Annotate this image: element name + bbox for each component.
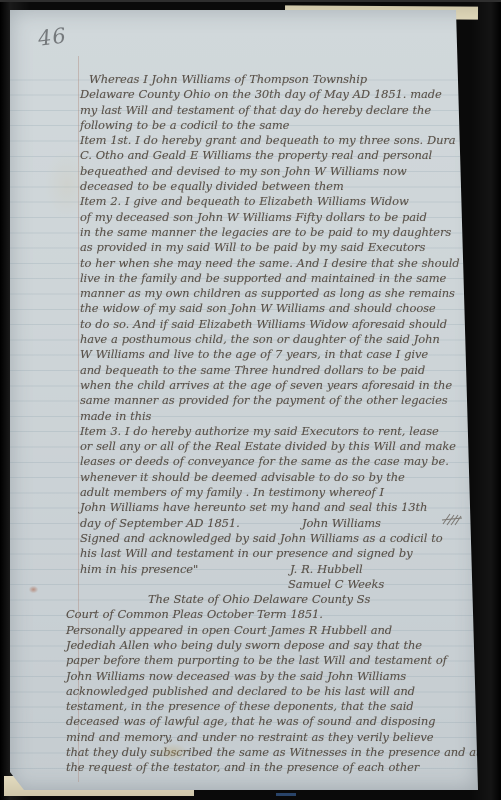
manuscript-line-part: day of September AD 1851.	[80, 516, 240, 531]
manuscript-line-part: Samuel C Weeks	[288, 577, 384, 592]
manuscript-line: Whereas I John Williams of Thompson Town…	[80, 72, 482, 87]
manuscript-line: paper before them purporting to be the l…	[66, 653, 482, 668]
stain-mark	[29, 586, 38, 593]
manuscript-line: following to be a codicil to the same	[80, 118, 482, 133]
manuscript-line: W Williams and live to the age of 7 year…	[80, 347, 482, 362]
manuscript-line: as provided in my said Will to be paid b…	[80, 240, 482, 255]
manuscript-line: same manner as provided for the payment …	[80, 393, 482, 408]
manuscript-line: Item 3. I do hereby authorize my said Ex…	[80, 424, 482, 439]
manuscript-line-part: The State of Ohio Delaware County Ss	[148, 592, 370, 607]
manuscript-line: Jedediah Allen who being duly sworn depo…	[66, 638, 482, 653]
manuscript-line: deceased was of lawful age, that he was …	[66, 714, 482, 729]
manuscript-line: C. Otho and Geald E Williams the propert…	[80, 148, 482, 163]
page-number: 46	[37, 23, 68, 50]
manuscript-line: made in this	[80, 409, 482, 424]
manuscript-line: to her when she may need the same. And I…	[80, 256, 482, 271]
manuscript-line-part: him in his presence"	[80, 562, 198, 577]
manuscript-line: Samuel C Weeks	[80, 577, 482, 592]
manuscript-line: John Williams have hereunto set my hand …	[80, 500, 482, 515]
manuscript-line: Personally appeared in open Court James …	[66, 623, 482, 638]
manuscript-line: Item 2. I give and bequeath to Elizabeth…	[80, 194, 482, 209]
manuscript-line-part: J. R. Hubbell	[290, 562, 363, 577]
manuscript-line: The State of Ohio Delaware County Ss	[80, 592, 482, 607]
manuscript-line: Signed and acknowledged by said John Wil…	[80, 531, 482, 546]
manuscript-line: mind and memory, and under no restraint …	[66, 730, 482, 745]
seal-mark-icon	[441, 512, 463, 527]
manuscript-line: have a posthumous child, the son or daug…	[80, 332, 482, 347]
manuscript-line: that they duly subscribed the same as Wi…	[66, 745, 482, 760]
manuscript-line: to do so. And if said Elizabeth Williams…	[80, 317, 482, 332]
manuscript-line: Delaware County Ohio on the 30th day of …	[80, 87, 482, 102]
manuscript-line: manner as my own children as supported a…	[80, 286, 482, 301]
manuscript-line: day of September AD 1851.John Williams	[80, 516, 482, 531]
manuscript-line: in the same manner the legacies are to b…	[80, 225, 482, 240]
manuscript-line: bequeathed and devised to my son John W …	[80, 164, 482, 179]
manuscript-line: or sell any or all of the Real Estate di…	[80, 439, 482, 454]
manuscript-line: acknowledged published and declared to b…	[66, 684, 482, 699]
ledger-page: 46 Whereas I John Williams of Thompson T…	[10, 10, 478, 790]
manuscript-line: and bequeath to the same Three hundred d…	[80, 363, 482, 378]
manuscript-line: the request of the testator, and in the …	[66, 760, 482, 775]
manuscript-line: leases or deeds of conveyance for the sa…	[80, 454, 482, 469]
photo-artifact	[276, 793, 296, 796]
photo-backdrop: 46 Whereas I John Williams of Thompson T…	[0, 0, 501, 800]
manuscript-line: of my deceased son John W Williams Fifty…	[80, 210, 482, 225]
manuscript-line: my last Will and testament of that day d…	[80, 103, 482, 118]
manuscript-line: him in his presence"J. R. Hubbell	[80, 562, 482, 577]
manuscript-line: his last Will and testament in our prese…	[80, 546, 482, 561]
manuscript-line: when the child arrives at the age of sev…	[80, 378, 482, 393]
manuscript-line: testament, in the presence of these depo…	[66, 699, 482, 714]
manuscript-lines: Whereas I John Williams of Thompson Town…	[80, 72, 482, 776]
manuscript-line-part: John Williams	[302, 516, 381, 531]
manuscript-line: John Williams now deceased was by the sa…	[66, 669, 482, 684]
manuscript-line: whenever it should be deemed advisable t…	[80, 470, 482, 485]
manuscript-line: live in the family and be supported and …	[80, 271, 482, 286]
manuscript-line: Court of Common Pleas October Term 1851.	[66, 607, 482, 622]
manuscript-line: Item 1st. I do hereby grant and bequeath…	[80, 133, 482, 148]
manuscript-line: deceased to be equally divided between t…	[80, 179, 482, 194]
manuscript-line: the widow of my said son John W Williams…	[80, 301, 482, 316]
manuscript-line: adult members of my family . In testimon…	[80, 485, 482, 500]
